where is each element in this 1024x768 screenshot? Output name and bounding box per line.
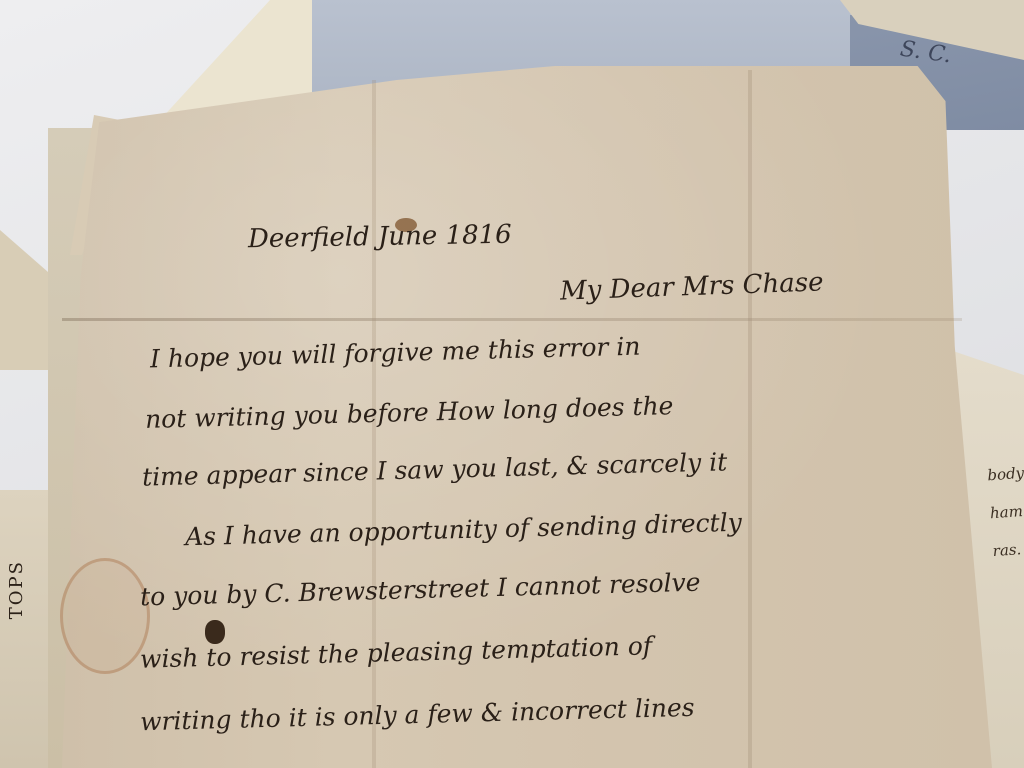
paper-hole	[205, 620, 225, 644]
vertical-fold-crease	[748, 70, 752, 768]
right-text-line: ham	[989, 492, 1024, 532]
left-printed-sheet	[0, 490, 48, 768]
right-text-line: ras.	[991, 530, 1024, 570]
horizontal-fold-crease	[62, 318, 962, 321]
letter-dateline: Deerfield June 1816	[248, 220, 512, 255]
wax-seal-stain	[60, 558, 150, 674]
left-printed-text: TOPS	[6, 560, 27, 619]
right-text-line: body	[986, 454, 1024, 494]
